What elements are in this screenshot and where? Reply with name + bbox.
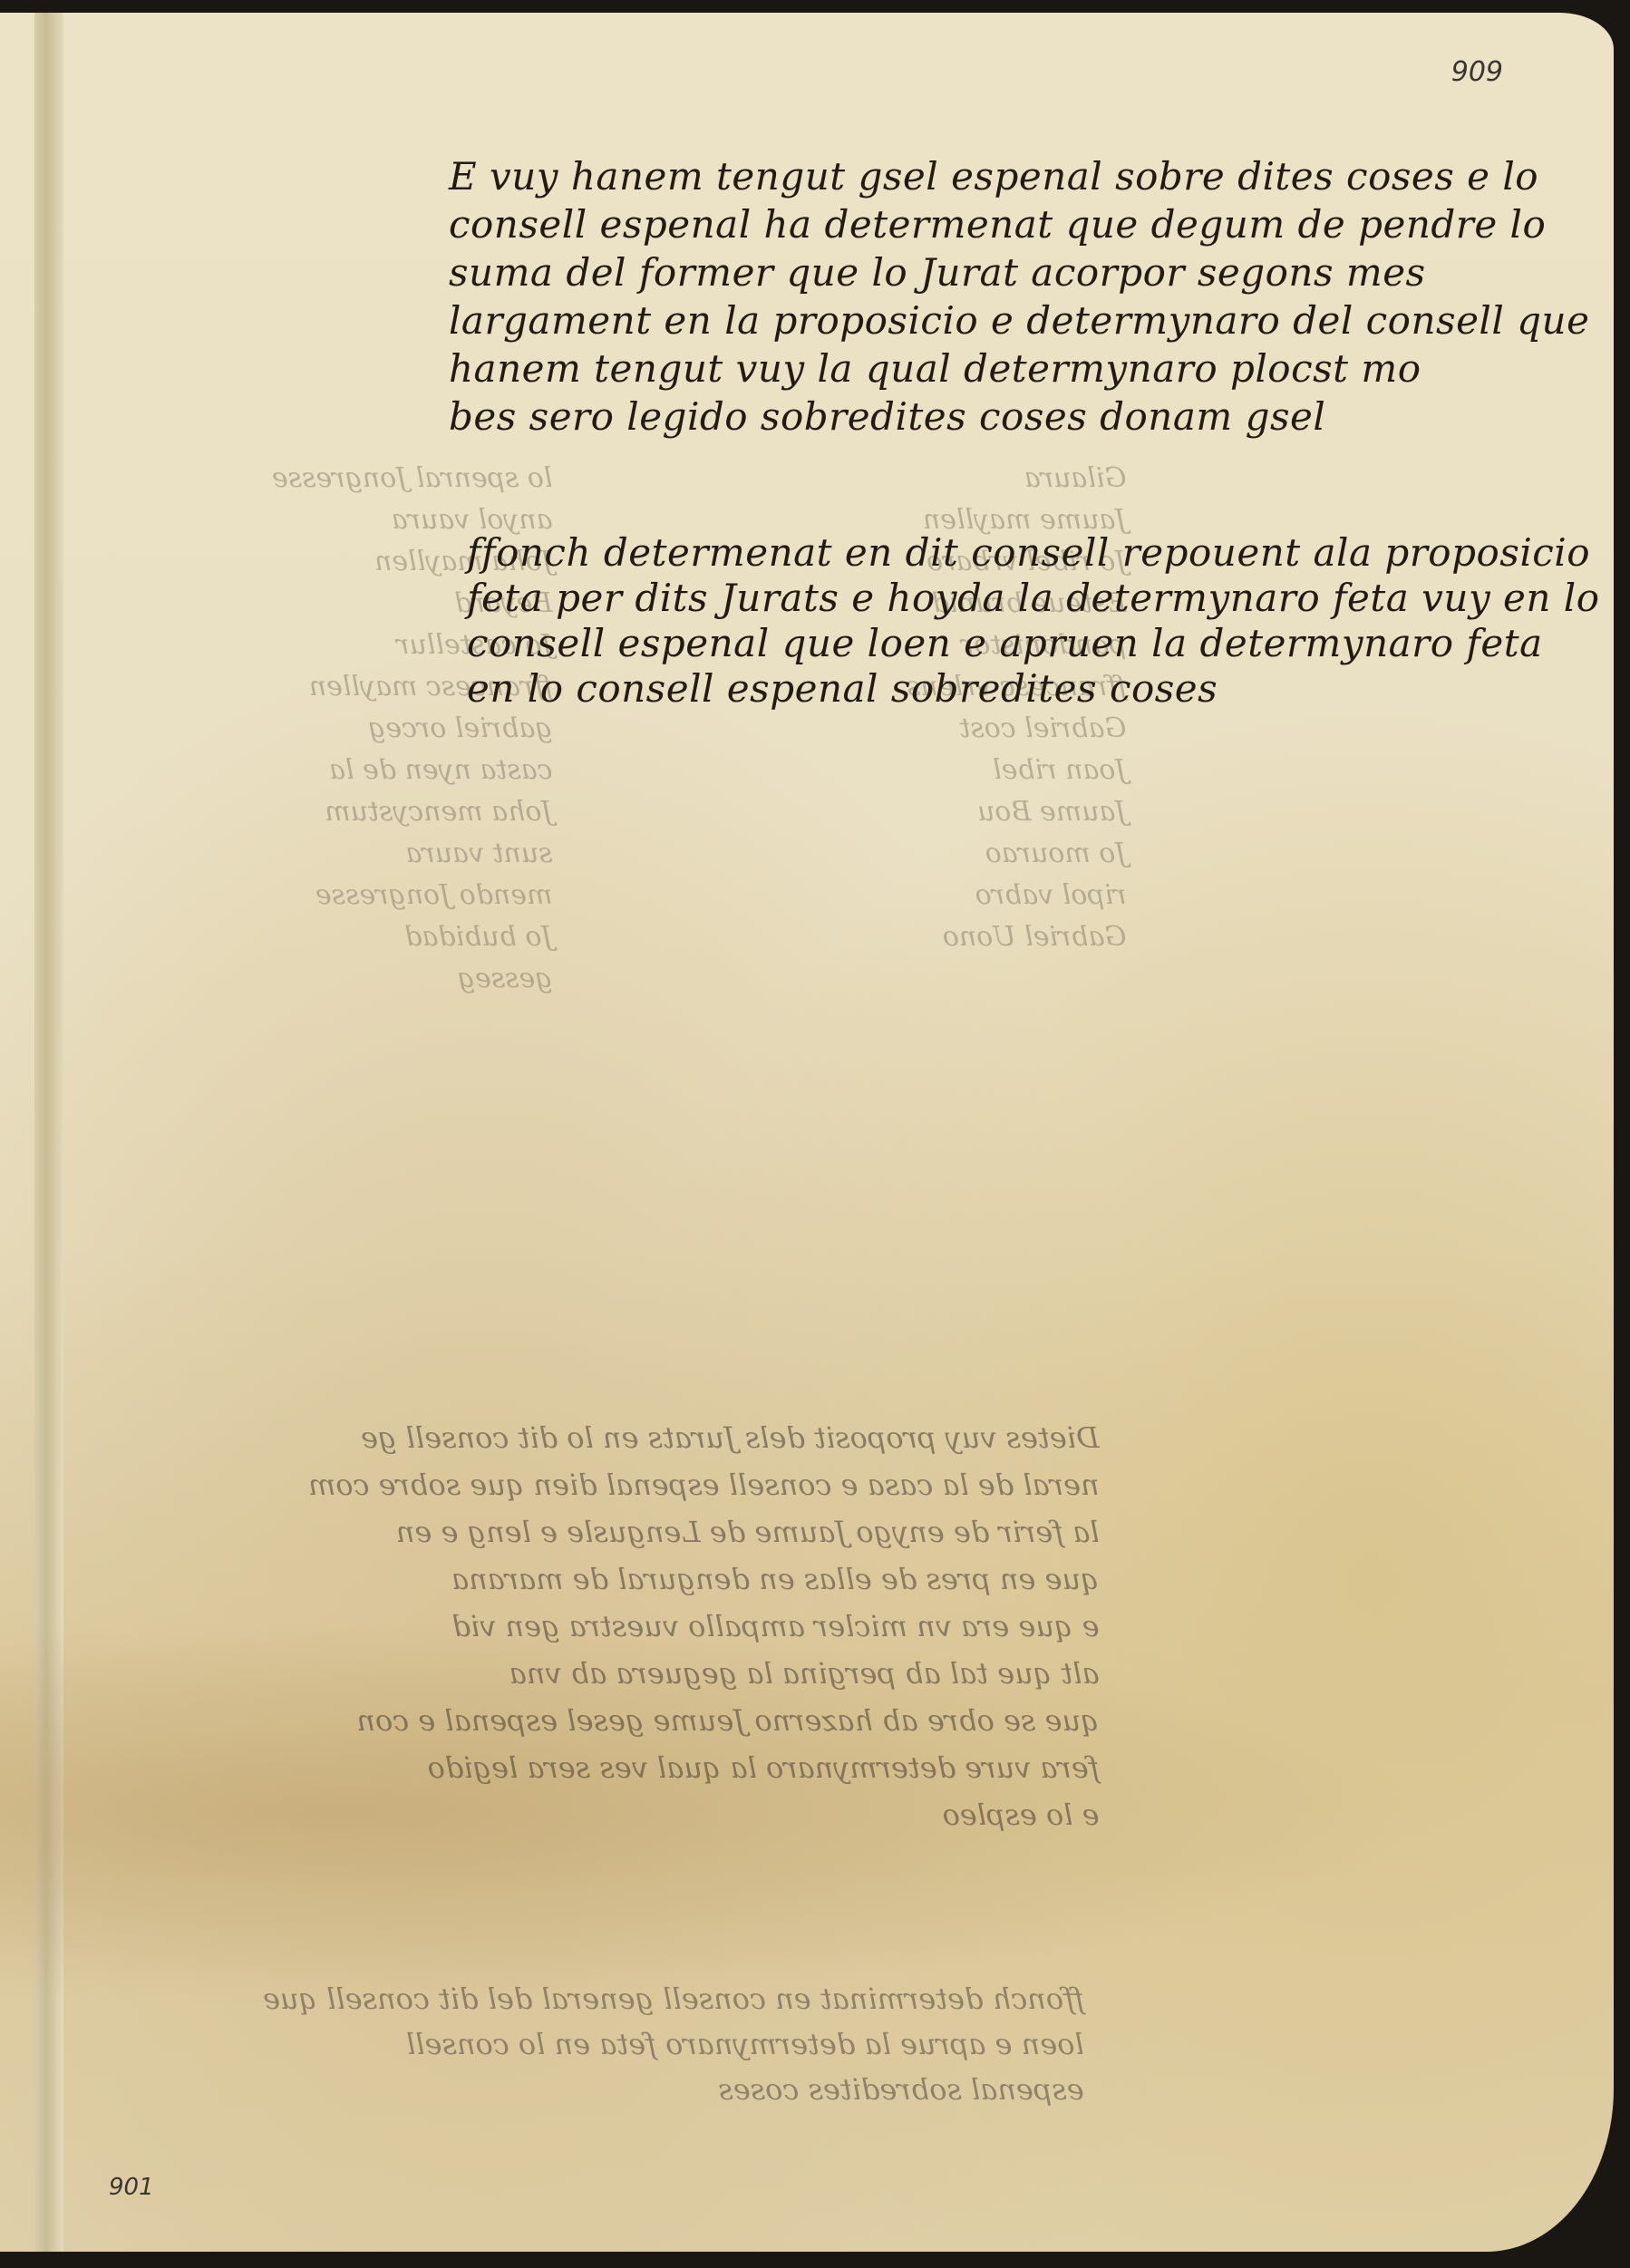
text-line: consell espenal que loen e apruen la det… xyxy=(467,621,1600,666)
bleedthrough-bottom-paragraph: ffonch determinat en consell general del… xyxy=(263,1976,1084,2112)
text-line: largament en la proposicio e determynaro… xyxy=(449,296,1589,344)
main-paragraph-1: E vuy hanem tengut gsel espenal sobre di… xyxy=(449,152,1589,441)
text-line: consell espenal ha determenat que degum … xyxy=(449,200,1589,248)
folio-number-top: 909 xyxy=(1451,56,1503,88)
text-line: suma del former que lo Jurat acorpor seg… xyxy=(449,248,1589,296)
folio-number-bottom: 901 xyxy=(109,2174,154,2201)
text-line: en lo consell espenal sobredites coses xyxy=(467,666,1600,712)
text-line: ffonch determenat en dit consell repouen… xyxy=(467,530,1600,576)
bleedthrough-lower-paragraph: Dietes vuy proposit dels Jurats en lo di… xyxy=(308,1414,1100,1838)
text-line: feta per dits Jurats e hoyda la determyn… xyxy=(467,576,1600,621)
text-line: bes sero legido sobredites coses donam g… xyxy=(449,393,1589,441)
main-paragraph-2: ffonch determenat en dit consell repouen… xyxy=(467,530,1600,712)
text-line: hanem tengut vuy la qual determynaro plo… xyxy=(449,344,1589,393)
text-line: E vuy hanem tengut gsel espenal sobre di… xyxy=(449,152,1589,200)
